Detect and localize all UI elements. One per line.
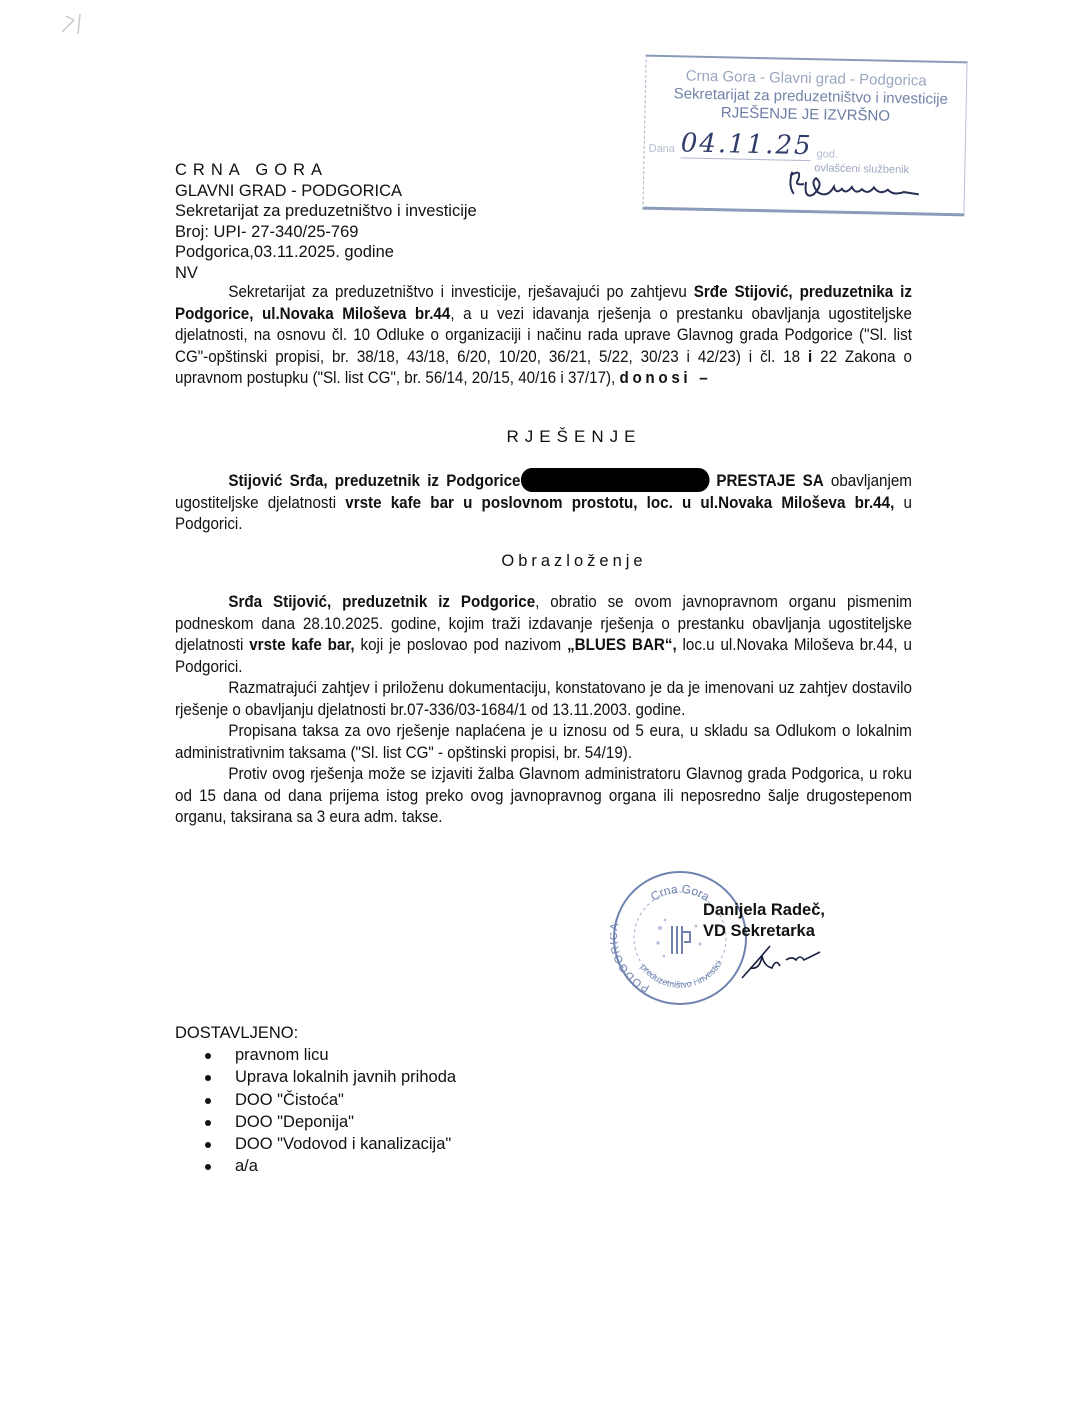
- distribution-item: DOO "Vodovod i kanalizacija": [175, 1133, 456, 1155]
- decision-verdict: PRESTAJE SA: [709, 472, 824, 490]
- distribution-item: Uprava lokalnih javnih prihoda: [175, 1066, 456, 1088]
- header-case-number: Broj: UPI- 27-340/25-769: [175, 222, 477, 243]
- reasoning-business-type: vrste kafe bar,: [249, 636, 354, 654]
- bullet-icon: [205, 1075, 211, 1081]
- bullet-icon: [205, 1120, 211, 1126]
- document-header: CRNA GORA GLAVNI GRAD - PODGORICA Sekret…: [175, 160, 477, 283]
- stamp-date-label: Dana: [649, 143, 676, 156]
- signer-block: Danijela Radeč, VD Sekretarka: [703, 900, 825, 942]
- distribution-list: DOSTAVLJENO: pravnom licu Uprava lokalni…: [175, 1022, 456, 1177]
- header-initials: NV: [175, 263, 477, 284]
- reasoning-paragraph-2: Razmatrajući zahtjev i priloženu dokumen…: [175, 678, 912, 721]
- distribution-item-label: DOO "Čistoća": [235, 1091, 344, 1109]
- header-department: Sekretarijat za preduzetništvo i investi…: [175, 201, 477, 222]
- header-place-date: Podgorica,03.11.2025. godine: [175, 242, 477, 263]
- distribution-item: DOO "Deponija": [175, 1111, 456, 1133]
- stamp-date-row: Dana 04.11.25 god.: [648, 129, 949, 165]
- decision-location: vrste kafe bar u poslovnom prostotu, loc…: [345, 494, 894, 512]
- bullet-icon: [205, 1142, 211, 1148]
- stamp-date-value: 04.11.25: [680, 129, 811, 161]
- signer-name: Danijela Radeč,: [703, 900, 825, 921]
- distribution-item-label: DOO "Vodovod i kanalizacija": [235, 1135, 451, 1153]
- reasoning-paragraph-1: Srđa Stijović, preduzetnik iz Podgorice,…: [175, 592, 912, 678]
- distribution-item: a/a: [175, 1155, 456, 1177]
- intro-text-1: Sekretarijat za preduzetništvo i investi…: [228, 283, 693, 301]
- bullet-icon: [205, 1053, 211, 1059]
- decision-title: RJEŠENJE: [0, 427, 1088, 447]
- corner-check-mark: [58, 10, 88, 36]
- reasoning-paragraph-3: Propisana taksa za ovo rješenje naplaćen…: [175, 721, 912, 764]
- reasoning-business-name: „BLUES BAR“,: [567, 636, 677, 654]
- handwritten-signature-icon: [740, 938, 830, 983]
- distribution-item-label: pravnom licu: [235, 1046, 329, 1064]
- intro-donosi: donosi –: [620, 369, 712, 387]
- distribution-item-label: a/a: [235, 1157, 258, 1175]
- stamp-date-suffix: god.: [816, 148, 838, 160]
- distribution-items: pravnom licu Uprava lokalnih javnih prih…: [175, 1044, 456, 1177]
- distribution-item-label: DOO "Deponija": [235, 1113, 354, 1131]
- svg-text:PODGORICA: PODGORICA: [610, 921, 651, 994]
- enforcement-stamp: Crna Gora - Glavni grad - Podgorica Sekr…: [642, 55, 967, 217]
- bullet-icon: [205, 1098, 211, 1104]
- decision-subject: Stijović Srđa, preduzetnik iz Podgorice: [228, 472, 520, 490]
- header-city: GLAVNI GRAD - PODGORICA: [175, 181, 477, 202]
- reasoning-paragraph-4: Protiv ovog rješenja može se izjaviti ža…: [175, 764, 912, 829]
- case-number-value: UPI- 27-340/25-769: [214, 223, 359, 241]
- reasoning-title: Obrazloženje: [0, 552, 1088, 571]
- bullet-icon: [205, 1164, 211, 1170]
- distribution-item: DOO "Čistoća": [175, 1089, 456, 1111]
- reasoning-applicant: Srđa Stijović, preduzetnik iz Podgorice: [228, 593, 535, 611]
- reasoning-section: Srđa Stijović, preduzetnik iz Podgorice,…: [175, 592, 912, 829]
- distribution-item-label: Uprava lokalnih javnih prihoda: [235, 1068, 456, 1086]
- header-country: CRNA GORA: [175, 160, 477, 181]
- distribution-title: DOSTAVLJENO:: [175, 1022, 456, 1044]
- intro-paragraph: Sekretarijat za preduzetništvo i investi…: [175, 282, 912, 390]
- reasoning-text-2: koji je poslovao pod nazivom: [355, 636, 567, 654]
- case-number-label: Broj:: [175, 223, 209, 241]
- document-page: Crna Gora - Glavni grad - Podgorica Sekr…: [0, 0, 1088, 1408]
- stamp-signature-icon: [784, 164, 935, 207]
- redacted-block: [520, 468, 709, 492]
- distribution-item: pravnom licu: [175, 1044, 456, 1066]
- decision-paragraph: Stijović Srđa, preduzetnik iz Podgorice …: [175, 468, 912, 536]
